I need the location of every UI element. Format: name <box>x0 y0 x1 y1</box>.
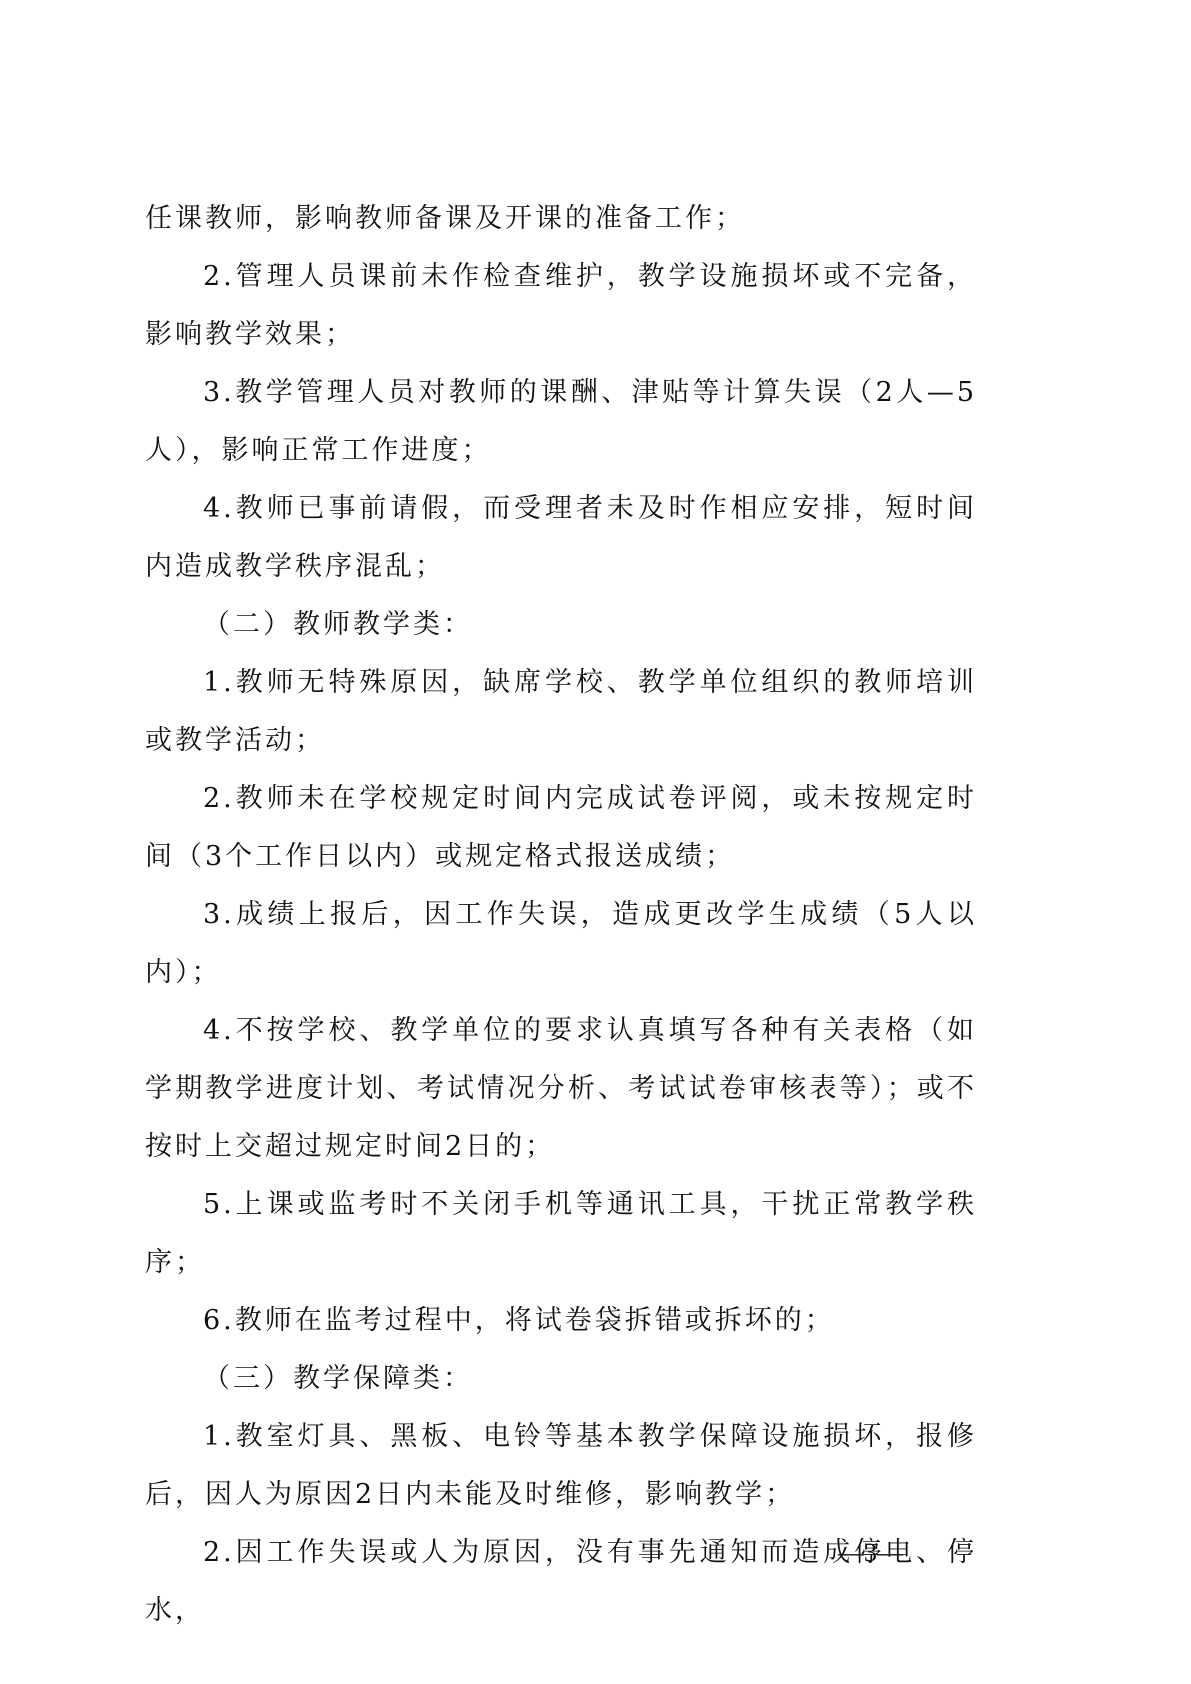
list-item: 2.教师未在学校规定时间内完成试卷评阅，或未按规定时间（3个工作日以内）或规定格… <box>145 770 977 886</box>
list-item: 1.教室灯具、黑板、电铃等基本教学保障设施损坏，报修后，因人为原因2日内未能及时… <box>145 1408 977 1524</box>
list-item: 5.上课或监考时不关闭手机等通讯工具，干扰正常教学秩序； <box>145 1176 977 1292</box>
section-heading: （三）教学保障类： <box>145 1350 977 1408</box>
list-item: 1.教师无特殊原因，缺席学校、教学单位组织的教师培训或教学活动； <box>145 654 977 770</box>
list-item: 6.教师在监考过程中，将试卷袋拆错或拆坏的； <box>145 1292 977 1350</box>
list-item: 4.不按学校、教学单位的要求认真填写各种有关表格（如学期教学进度计划、考试情况分… <box>145 1002 977 1176</box>
section-heading: （二）教师教学类： <box>145 596 977 654</box>
list-item: 2.管理人员课前未作检查维护，教学设施损坏或不完备，影响教学效果； <box>145 248 977 364</box>
page-number: —3— <box>838 1538 903 1568</box>
list-item: 4.教师已事前请假，而受理者未及时作相应安排，短时间内造成教学秩序混乱； <box>145 480 977 596</box>
list-item: 3.教学管理人员对教师的课酬、津贴等计算失误（2人—5人），影响正常工作进度； <box>145 364 977 480</box>
document-body: 任课教师，影响教师备课及开课的准备工作； 2.管理人员课前未作检查维护，教学设施… <box>145 190 977 1640</box>
paragraph-continuation: 任课教师，影响教师备课及开课的准备工作； <box>145 190 977 248</box>
list-item: 3.成绩上报后，因工作失误，造成更改学生成绩（5人以内）； <box>145 886 977 1002</box>
